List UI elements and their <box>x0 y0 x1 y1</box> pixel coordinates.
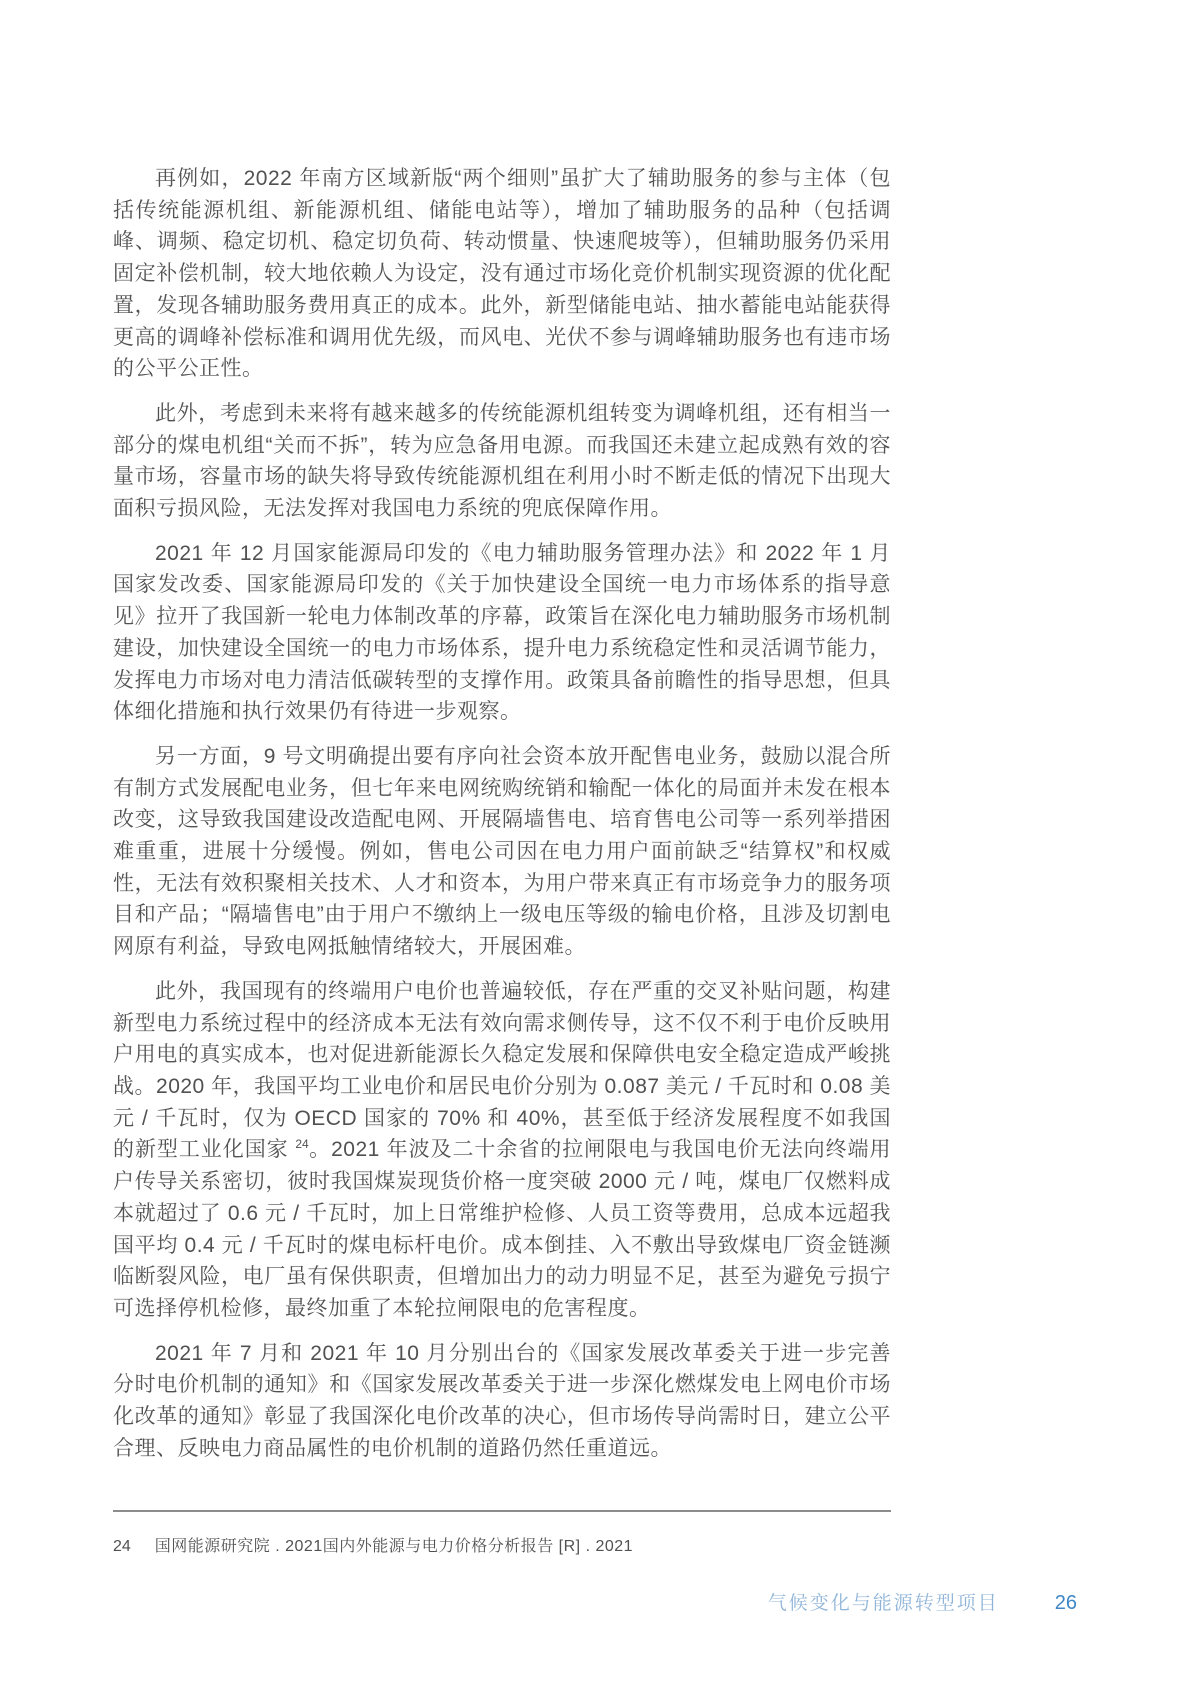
footnote-text: 国网能源研究院 . 2021国内外能源与电力价格分析报告 [R] . 2021 <box>155 1536 891 1558</box>
footnote-divider <box>113 1510 891 1512</box>
document-page: 再例如，2022 年南方区域新版“两个细则”虽扩大了辅助服务的参与主体（包括传统… <box>0 0 1191 1684</box>
paragraph-5-text-before-ref: 此外，我国现有的终端用户电价也普遍较低，存在严重的交叉补贴问题，构建新型电力系统… <box>113 980 891 1162</box>
paragraph-4: 另一方面，9 号文明确提出要有序向社会资本放开配售电业务，鼓励以混合所有制方式发… <box>113 741 891 963</box>
paragraph-6: 2021 年 7 月和 2021 年 10 月分别出台的《国家发展改革委关于进一… <box>113 1338 891 1465</box>
footnote-marker: 24 <box>113 1536 131 1558</box>
footnote-ref-24: 24 <box>295 1137 308 1151</box>
footer-project-name: 气候变化与能源转型项目 <box>768 1588 999 1615</box>
paragraph-5-text-after-ref: 。2021 年波及二十余省的拉闸限电与我国电价无法向终端用户传导关系密切，彼时我… <box>113 1138 891 1320</box>
page-footer: 气候变化与能源转型项目 26 <box>768 1588 1077 1615</box>
paragraph-3: 2021 年 12 月国家能源局印发的《电力辅助服务管理办法》和 2022 年 … <box>113 538 891 728</box>
paragraph-2: 此外，考虑到未来将有越来越多的传统能源机组转变为调峰机组，还有相当一部分的煤电机… <box>113 398 891 525</box>
footer-page-number: 26 <box>1055 1592 1077 1615</box>
paragraph-1: 再例如，2022 年南方区域新版“两个细则”虽扩大了辅助服务的参与主体（包括传统… <box>113 163 891 385</box>
paragraph-5: 此外，我国现有的终端用户电价也普遍较低，存在严重的交叉补贴问题，构建新型电力系统… <box>113 976 891 1325</box>
footnote: 24 国网能源研究院 . 2021国内外能源与电力价格分析报告 [R] . 20… <box>113 1536 891 1558</box>
body-text-block: 再例如，2022 年南方区域新版“两个细则”虽扩大了辅助服务的参与主体（包括传统… <box>113 163 891 1477</box>
